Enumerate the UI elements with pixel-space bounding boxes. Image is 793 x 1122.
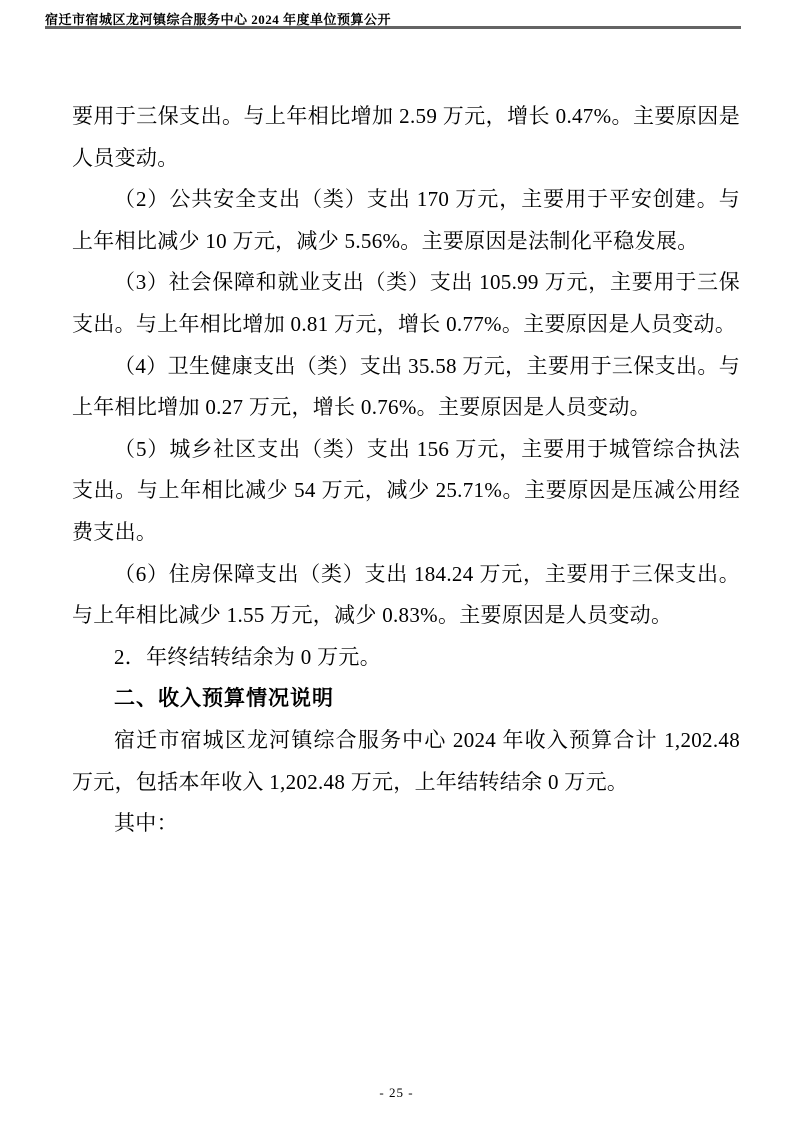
paragraph-expense-1-continued: 要用于三保支出。与上年相比增加 2.59 万元，增长 0.47%。主要原因是人员… [72, 96, 740, 179]
page-number: - 25 - [379, 1085, 413, 1100]
section-heading-income-budget: 二、收入预算情况说明 [72, 678, 740, 720]
paragraph-income-budget-total: 宿迁市宿城区龙河镇综合服务中心 2024 年收入预算合计 1,202.48 万元… [72, 720, 740, 803]
header-rule [45, 26, 741, 29]
paragraph-expense-4-health: （4）卫生健康支出（类）支出 35.58 万元，主要用于三保支出。与上年相比增加… [72, 346, 740, 429]
paragraph-expense-3-social-security: （3）社会保障和就业支出（类）支出 105.99 万元，主要用于三保支出。与上年… [72, 262, 740, 345]
page-footer: - 25 - [0, 1085, 793, 1101]
paragraph-expense-2-public-safety: （2）公共安全支出（类）支出 170 万元，主要用于平安创建。与上年相比减少 1… [72, 179, 740, 262]
paragraph-year-end-balance: 2．年终结转结余为 0 万元。 [72, 637, 740, 679]
paragraph-expense-6-housing: （6）住房保障支出（类）支出 184.24 万元，主要用于三保支出。与上年相比减… [72, 554, 740, 637]
document-page: 宿迁市宿城区龙河镇综合服务中心 2024 年度单位预算公开 要用于三保支出。与上… [0, 0, 793, 1122]
paragraph-expense-5-urban-rural: （5）城乡社区支出（类）支出 156 万元，主要用于城管综合执法支出。与上年相比… [72, 429, 740, 554]
paragraph-among-which: 其中： [72, 803, 740, 845]
document-body: 要用于三保支出。与上年相比增加 2.59 万元，增长 0.47%。主要原因是人员… [72, 96, 740, 845]
